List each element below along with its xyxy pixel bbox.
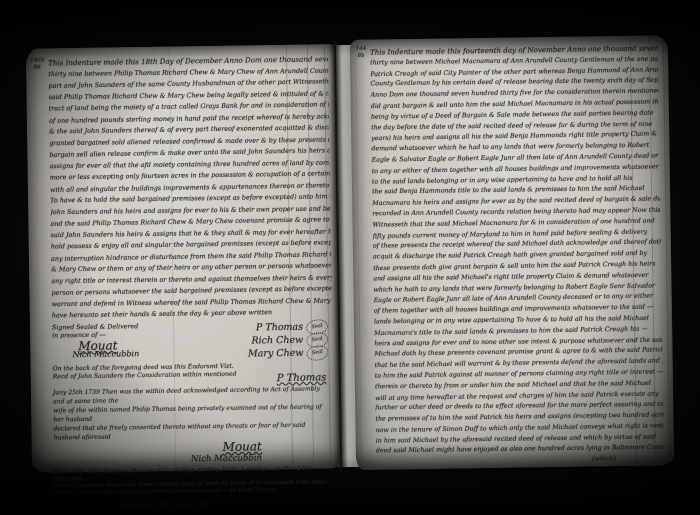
witness-signature-mouat: Mouat [222, 439, 261, 454]
acknowledgment-signatures: Mouat Nich Maccubbin [54, 439, 262, 466]
left-page: 1469 66 This Indenture made this 18th Da… [26, 44, 342, 473]
folio-number: 1469 [28, 57, 46, 64]
witness-signature-maccubbin: Nich Maccubbin [72, 350, 139, 359]
right-page: 144 8b This Indenture made this fourteen… [350, 35, 674, 470]
grantor-signatures: P Thomas Seal Rich Chew Seal Mary Chew S… [247, 320, 328, 360]
witness-signature-maccubbin: Nich Maccubbin [191, 453, 262, 464]
witness-signature-mouat: Mouat [78, 341, 139, 350]
attestation-label: Signed Sealed & Delivered [52, 323, 139, 332]
grantor-signature: P Thomas [256, 321, 303, 333]
alienation-fine-receipt: Recd of Mr John Saunders the sum of six … [54, 465, 334, 498]
deed-text-right: This Indenture made this fourteenth day … [370, 43, 664, 468]
endorsement-signature: P Thomas [277, 374, 327, 383]
folio-sub: 66 [28, 64, 46, 71]
ruled-line [355, 40, 362, 470]
grantor-signature: Mary Chew [248, 347, 304, 359]
grantor-signature-row: Mary Chew Seal [248, 346, 329, 360]
manuscript-spread: 1469 66 This Indenture made this 18th Da… [26, 35, 674, 476]
folio-note-left: 1469 66 [28, 57, 46, 70]
recorded-note: Recorded 28th July 1739 [119, 499, 335, 510]
manuscript-photo: { "colors": { "page": "#ccc9c3", "ink": … [0, 0, 700, 515]
grantor-signature: Rich Chew [251, 334, 303, 346]
endorsement-block: On the back of the foregoing deed was th… [53, 362, 255, 381]
witness-attestation: Signed Sealed & Delivered in presence of… [52, 323, 139, 363]
ruled-line [663, 35, 670, 465]
